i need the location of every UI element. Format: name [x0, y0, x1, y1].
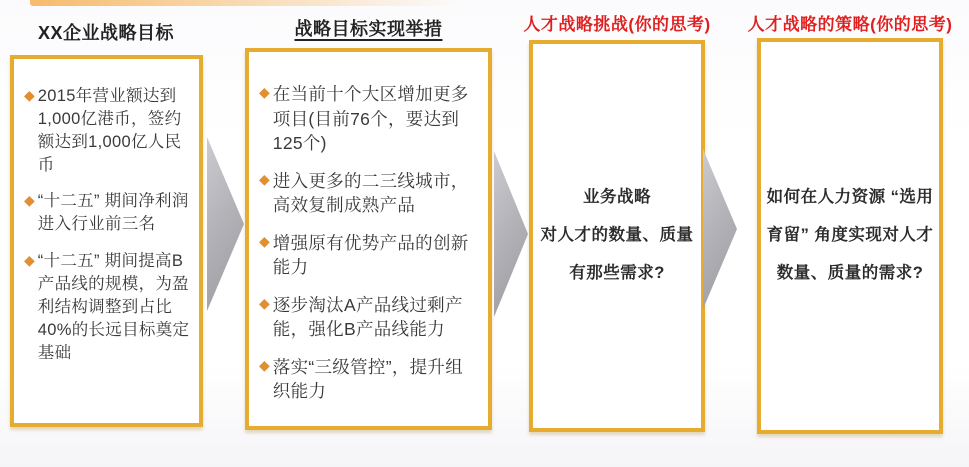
diamond-bullet-icon: ◆	[24, 190, 35, 212]
center-text-line: 育留” 角度实现对人才	[767, 217, 934, 255]
right-arrow-icon	[207, 137, 244, 311]
list-item: ◆ “十二五” 期间净利润进入行业前三名	[24, 190, 191, 236]
column3-box: 业务战略 对人才的数量、质量 有那些需求?	[529, 40, 705, 432]
diamond-bullet-icon: ◆	[259, 293, 270, 315]
column1-bullet-list: ◆ 2015年营业额达到 1,000亿港币，签约额达到1,000亿人民币 ◆ “…	[14, 59, 199, 388]
center-text-line: 数量、质量的需求?	[777, 255, 924, 293]
right-arrow-icon	[494, 151, 528, 317]
column3-title: 人才战略挑战(你的思考)	[505, 10, 729, 35]
center-text-line: 业务战略	[583, 179, 651, 217]
list-item: ◆ “十二五” 期间提高B产品线的规模，为盈利结构调整到占比40%的长远目标奠定…	[24, 250, 191, 365]
bullet-text: 进入更多的二三线城市，高效复制成熟产品	[273, 169, 480, 218]
column4-title: 人才战略的策略(你的思考)	[738, 10, 962, 35]
diamond-bullet-icon: ◆	[24, 250, 35, 272]
bullet-text: “十二五” 期间净利润进入行业前三名	[38, 190, 191, 236]
bullet-text: 逐步淘汰A产品线过剩产能，强化B产品线能力	[273, 293, 480, 342]
column2-bullet-list: ◆ 在当前十个大区增加更多项目(目前76个，要达到125个) ◆ 进入更多的二三…	[249, 52, 488, 427]
bullet-text: 增强原有优势产品的创新能力	[273, 231, 480, 280]
bullet-text: 落实“三级管控”，提升组织能力	[273, 355, 480, 404]
diamond-bullet-icon: ◆	[259, 355, 270, 377]
list-item: ◆ 落实“三级管控”，提升组织能力	[259, 355, 480, 404]
diamond-bullet-icon: ◆	[24, 85, 35, 107]
center-text-line: 对人才的数量、质量	[541, 217, 694, 255]
list-item: ◆ 2015年营业额达到 1,000亿港币，签约额达到1,000亿人民币	[24, 85, 191, 177]
diamond-bullet-icon: ◆	[259, 231, 270, 253]
bullet-text: “十二五” 期间提高B产品线的规模，为盈利结构调整到占比40%的长远目标奠定基础	[38, 250, 191, 365]
center-text-line: 有那些需求?	[569, 255, 665, 293]
list-item: ◆ 在当前十个大区增加更多项目(目前76个，要达到125个)	[259, 82, 480, 156]
top-accent-bar	[30, 0, 462, 6]
list-item: ◆ 进入更多的二三线城市，高效复制成熟产品	[259, 169, 480, 218]
list-item: ◆ 逐步淘汰A产品线过剩产能，强化B产品线能力	[259, 293, 480, 342]
diamond-bullet-icon: ◆	[259, 82, 270, 104]
column1-title: XX企业战略目标	[10, 19, 202, 45]
right-arrow-icon	[703, 149, 737, 309]
column2-title: 战略目标实现举措	[245, 15, 492, 41]
diamond-bullet-icon: ◆	[259, 169, 270, 191]
column4-box: 如何在人力资源 “选用 育留” 角度实现对人才 数量、质量的需求?	[757, 38, 943, 434]
bullet-text: 在当前十个大区增加更多项目(目前76个，要达到125个)	[273, 82, 480, 156]
column1-box: ◆ 2015年营业额达到 1,000亿港币，签约额达到1,000亿人民币 ◆ “…	[10, 55, 203, 427]
bullet-text: 2015年营业额达到 1,000亿港币，签约额达到1,000亿人民币	[38, 85, 191, 177]
center-text-line: 如何在人力资源 “选用	[767, 179, 934, 217]
column2-box: ◆ 在当前十个大区增加更多项目(目前76个，要达到125个) ◆ 进入更多的二三…	[245, 48, 492, 430]
slide-canvas: XX企业战略目标 ◆ 2015年营业额达到 1,000亿港币，签约额达到1,00…	[0, 0, 969, 467]
list-item: ◆ 增强原有优势产品的创新能力	[259, 231, 480, 280]
